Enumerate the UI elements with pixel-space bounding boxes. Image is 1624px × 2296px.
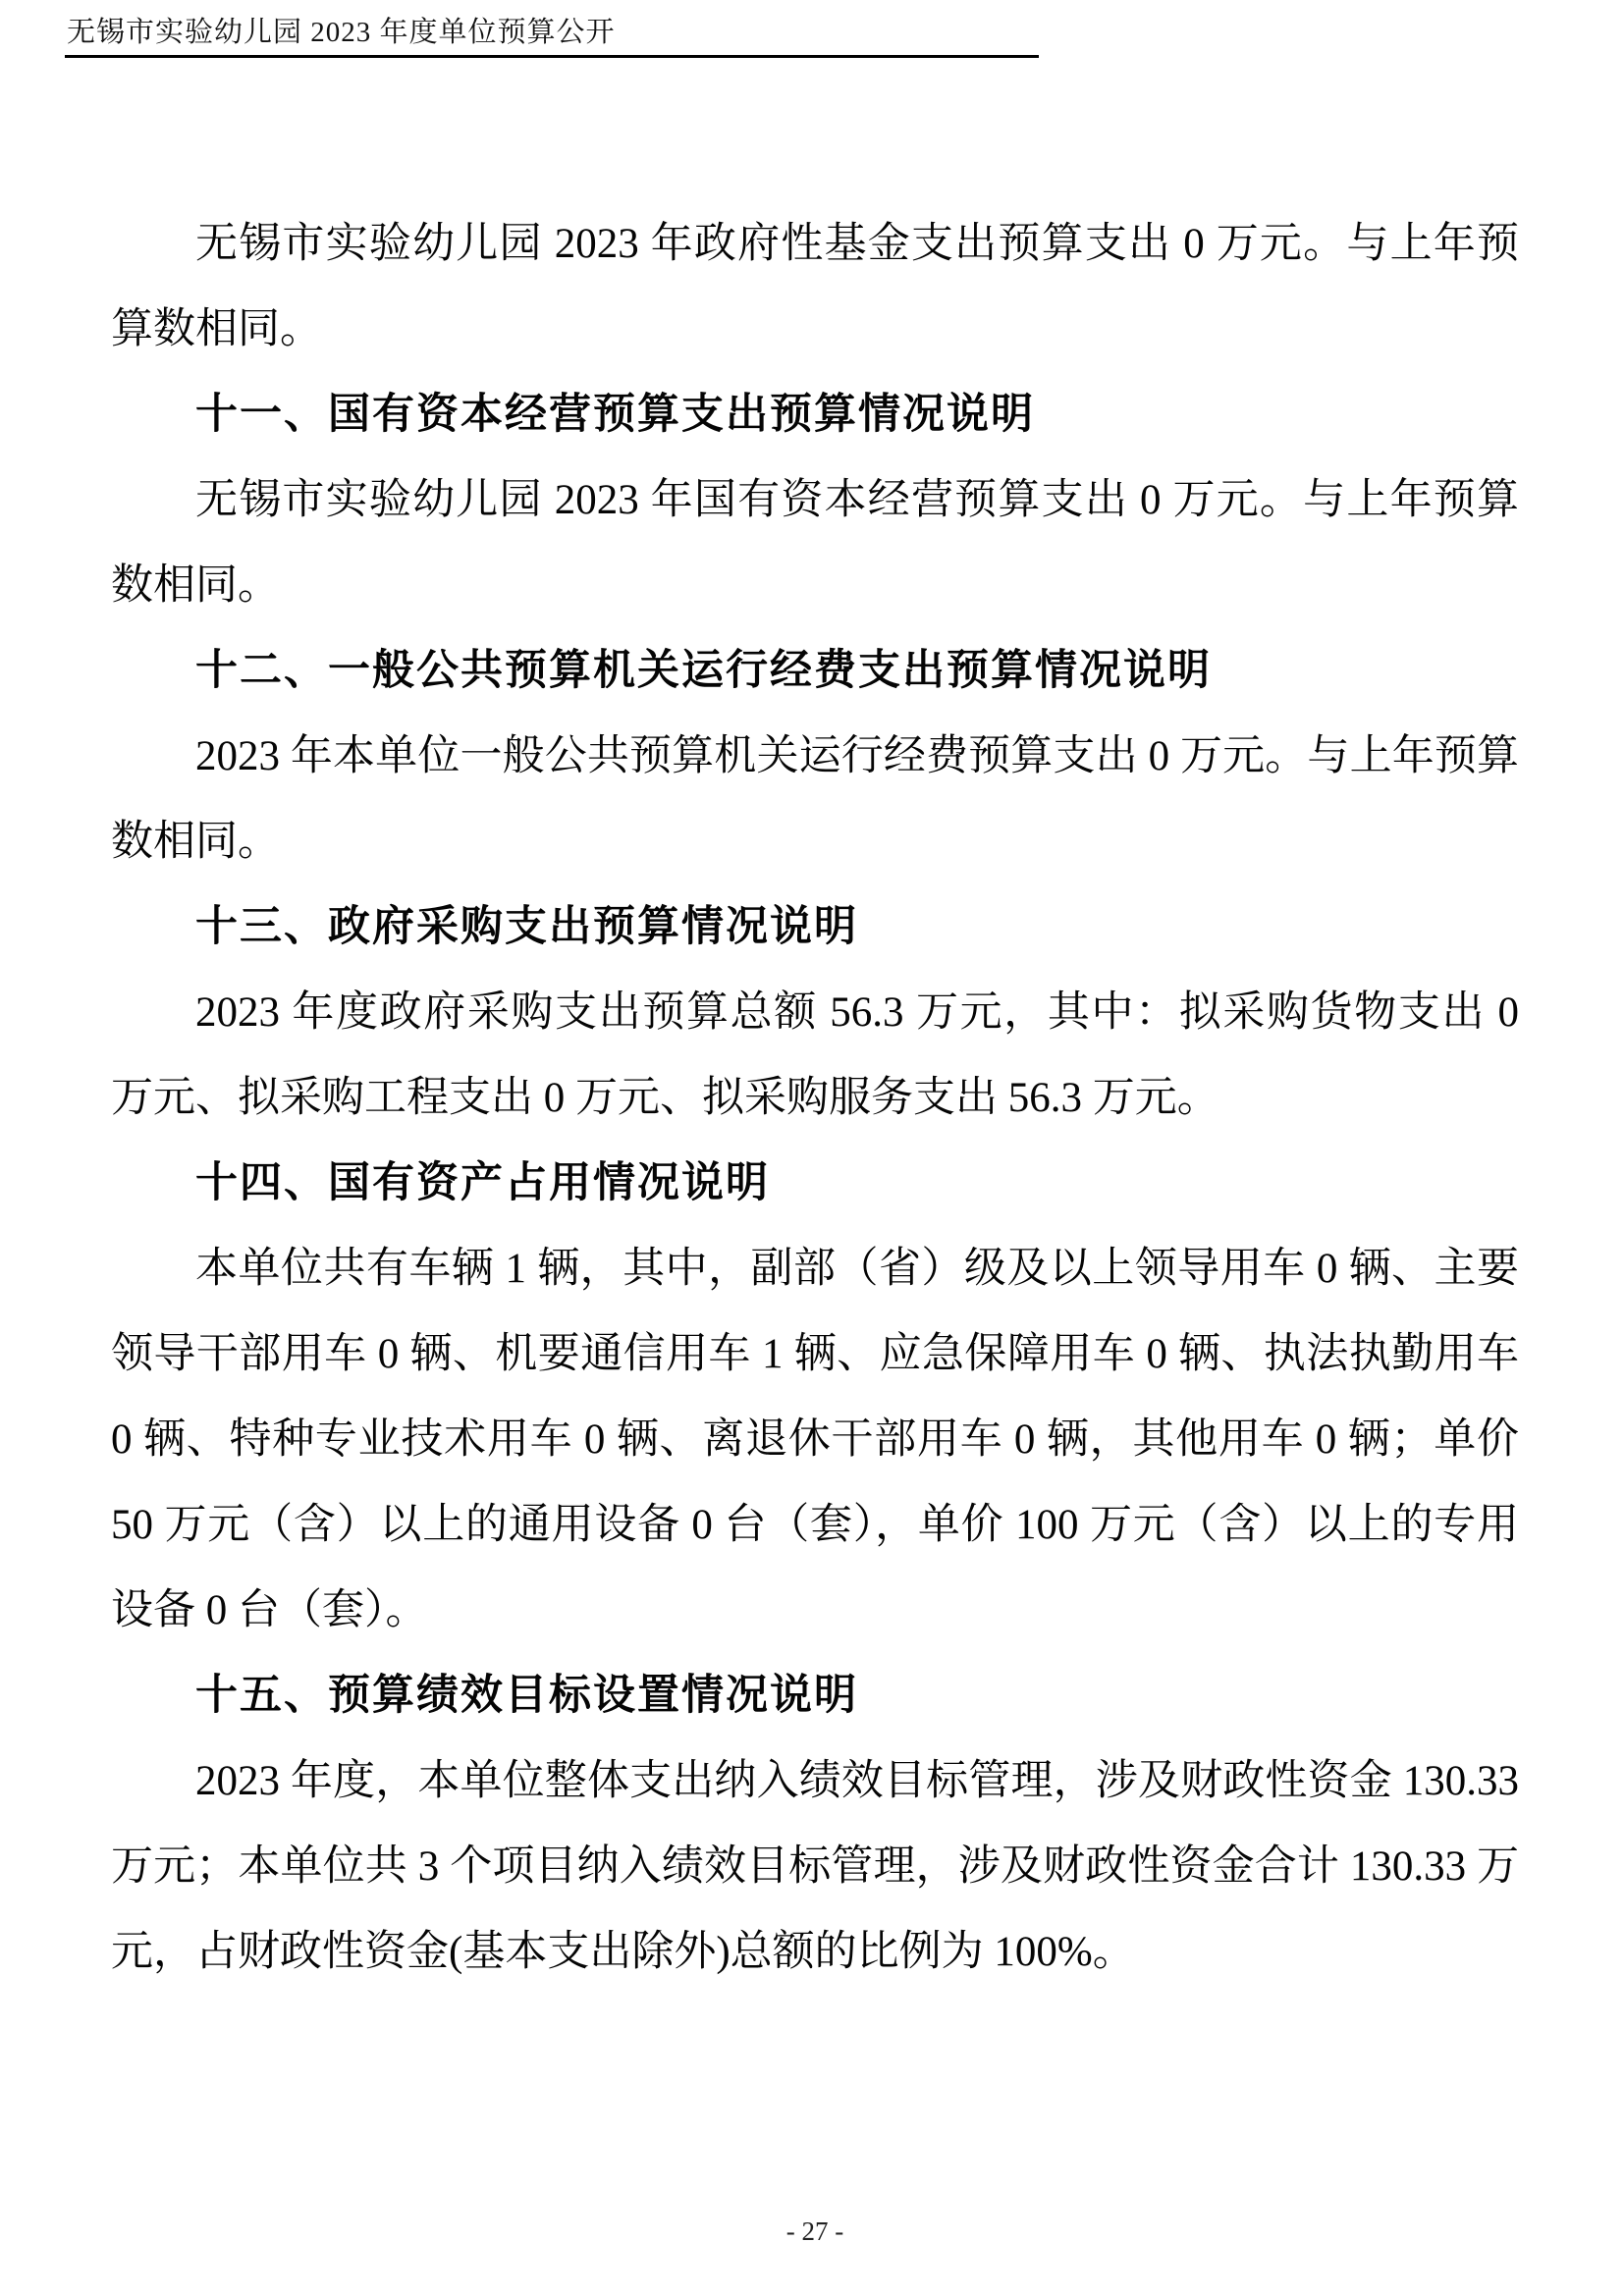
- section-heading: 十三、政府采购支出预算情况说明: [111, 884, 1519, 970]
- page-number: - 27 -: [111, 2216, 1519, 2247]
- page-header-title: 无锡市实验幼儿园 2023 年度单位预算公开: [67, 16, 616, 49]
- paragraph: 本单位共有车辆 1 辆，其中，副部（省）级及以上领导用车 0 辆、主要领导干部用…: [111, 1226, 1519, 1653]
- paragraph: 2023 年本单位一般公共预算机关运行经费预算支出 0 万元。与上年预算数相同。: [111, 714, 1519, 884]
- paragraph: 2023 年度政府采购支出预算总额 56.3 万元，其中：拟采购货物支出 0 万…: [111, 970, 1519, 1141]
- paragraph: 无锡市实验幼儿园 2023 年国有资本经营预算支出 0 万元。与上年预算数相同。: [111, 457, 1519, 628]
- section-heading: 十二、一般公共预算机关运行经费支出预算情况说明: [111, 628, 1519, 714]
- section-heading: 十五、预算绩效目标设置情况说明: [111, 1653, 1519, 1738]
- document-body: 无锡市实验幼儿园 2023 年政府性基金支出预算支出 0 万元。与上年预算数相同…: [111, 201, 1519, 1995]
- header-rule: [65, 55, 1039, 58]
- document-page: 无锡市实验幼儿园 2023 年度单位预算公开 无锡市实验幼儿园 2023 年政府…: [0, 0, 1624, 2296]
- section-heading: 十四、国有资产占用情况说明: [111, 1141, 1519, 1226]
- section-heading: 十一、国有资本经营预算支出预算情况说明: [111, 372, 1519, 457]
- paragraph: 无锡市实验幼儿园 2023 年政府性基金支出预算支出 0 万元。与上年预算数相同…: [111, 201, 1519, 372]
- paragraph: 2023 年度，本单位整体支出纳入绩效目标管理，涉及财政性资金 130.33 万…: [111, 1738, 1519, 1995]
